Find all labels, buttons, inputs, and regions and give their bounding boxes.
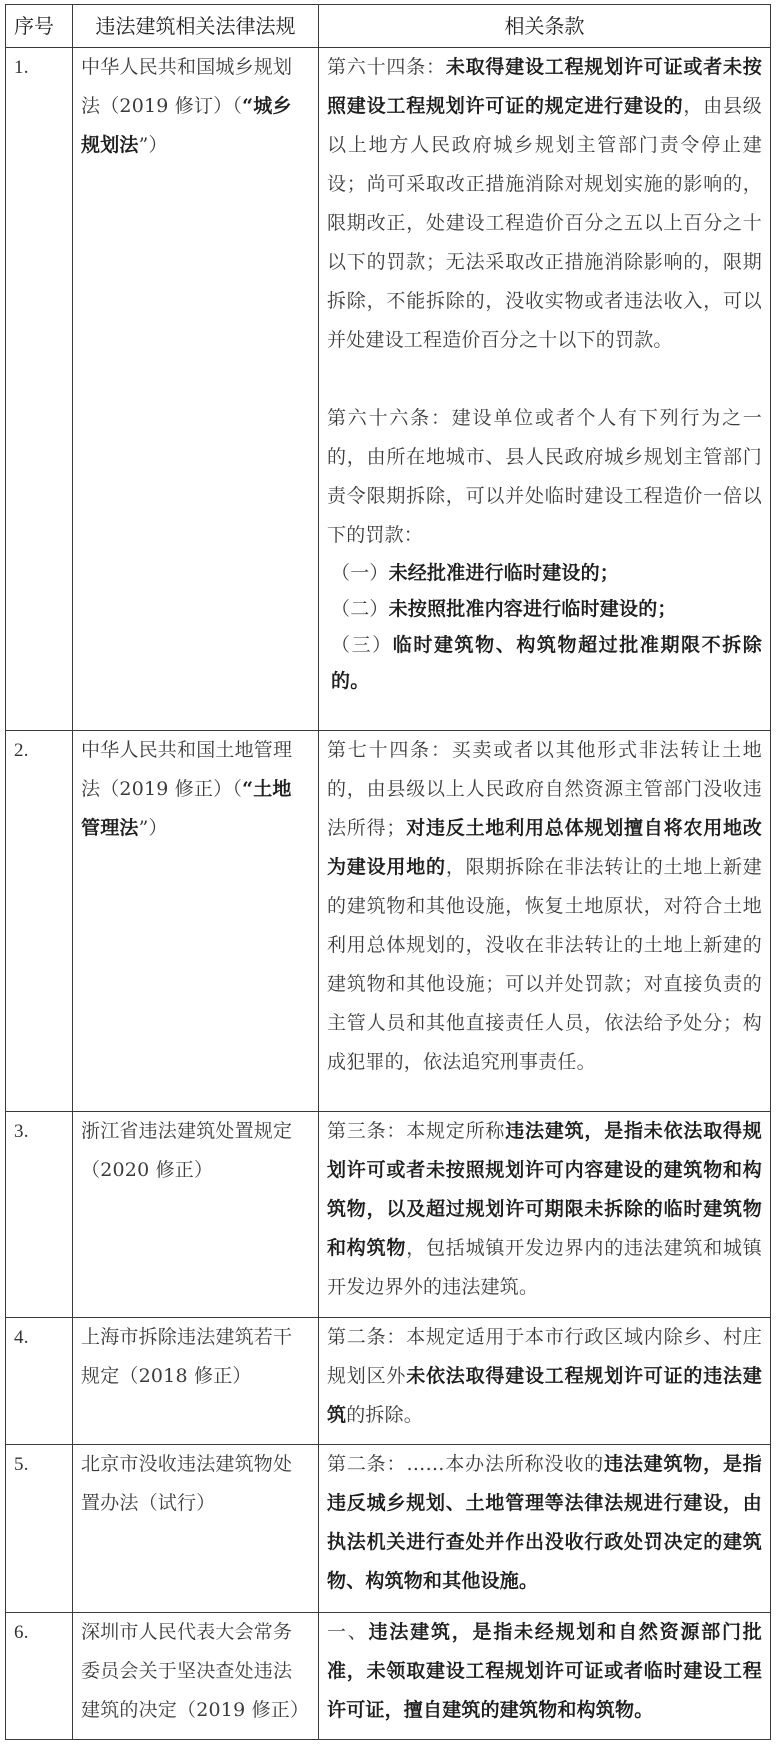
header-law: 违法建筑相关法律法规 [73, 5, 319, 48]
header-clause: 相关条款 [319, 5, 771, 48]
table-row: 5. 北京市没收违法建筑物处置办法（试行） 第二条：……本办法所称没收的违法建筑… [6, 1445, 771, 1613]
header-serial-number: 序号 [6, 5, 73, 48]
law-name-text: ”） [139, 817, 168, 839]
clause-cell: 第三条：本规定所称违法建筑，是指未依法取得规划许可或者未按照规划许可内容建设的建… [319, 1112, 771, 1318]
serial-number-cell: 5. [6, 1445, 73, 1613]
clause-paragraph: 第二条：本规定适用于本市行政区域内除乡、村庄规划区外未依法取得建设工程规划许可证… [327, 1318, 762, 1435]
clause-paragraph: 第三条：本规定所称违法建筑，是指未依法取得规划许可或者未按照规划许可内容建设的建… [327, 1112, 762, 1307]
sub-item-text: 未经批准进行临时建设的； [389, 562, 619, 584]
law-name-cell: 浙江省违法建筑处置规定（2020 修正） [73, 1112, 319, 1318]
table-row: 3. 浙江省违法建筑处置规定（2020 修正） 第三条：本规定所称违法建筑，是指… [6, 1112, 771, 1318]
clause-text: ，限期拆除在非法转让的土地上新建的建筑物和其他设施，恢复土地原状，对符合土地利用… [327, 856, 762, 1073]
clause-sub-item: （一）未经批准进行临时建设的； [327, 555, 762, 591]
clause-text: 一、 [327, 1621, 369, 1643]
table-row: 4. 上海市拆除违法建筑若干规定（2018 修正） 第二条：本规定适用于本市行政… [6, 1318, 771, 1445]
law-name-cell: 中华人民共和国城乡规划法（2019 修订）（“城乡规划法”） [73, 48, 319, 731]
sub-item-text: 临时建筑物、构筑物超过批准期限不拆除的。 [331, 634, 762, 692]
law-table: 序号 违法建筑相关法律法规 相关条款 1. 中华人民共和国城乡规划法（2019 … [5, 4, 771, 1740]
clause-text: 的拆除。 [346, 1404, 423, 1426]
serial-number-cell: 3. [6, 1112, 73, 1318]
clause-paragraph: 第七十四条：买卖或者以其他形式非法转让土地的，由县级以上人民政府自然资源主管部门… [327, 731, 762, 1082]
serial-number-cell: 2. [6, 731, 73, 1112]
serial-number-cell: 4. [6, 1318, 73, 1445]
law-name-text: 浙江省违法建筑处置规定（2020 修正） [81, 1120, 292, 1181]
law-name-cell: 上海市拆除违法建筑若干规定（2018 修正） [73, 1318, 319, 1445]
clause-text: 第二条：……本办法所称没收的 [327, 1453, 604, 1475]
serial-number-cell: 1. [6, 48, 73, 731]
clause-bold-text: 违法建筑，是指未经规划和自然资源部门批准，未领取建设工程规划许可证或者临时建设工… [327, 1621, 762, 1721]
law-name-text: ”） [139, 134, 168, 156]
clause-cell: 第二条：……本办法所称没收的违法建筑物，是指违反城乡规划、土地管理等法律法规进行… [319, 1445, 771, 1613]
table-row: 1. 中华人民共和国城乡规划法（2019 修订）（“城乡规划法”） 第六十四条：… [6, 48, 771, 731]
sub-item-prefix: （一） [331, 562, 389, 584]
clause-text: 第三条：本规定所称 [327, 1120, 505, 1142]
clause-sub-item: （二）未按照批准内容进行临时建设的； [327, 591, 762, 627]
law-name-cell: 深圳市人民代表大会常务委员会关于坚决查处违法建筑的决定（2019 修正） [73, 1613, 319, 1740]
sub-item-prefix: （二） [331, 598, 389, 620]
sub-item-prefix: （三） [331, 634, 393, 656]
clause-text: ，由县级以上地方人民政府城乡规划主管部门责令停止建设；尚可采取改正措施消除对规划… [327, 95, 762, 351]
law-name-cell: 中华人民共和国土地管理法（2019 修正）（“土地管理法”） [73, 731, 319, 1112]
clause-cell: 第二条：本规定适用于本市行政区域内除乡、村庄规划区外未依法取得建设工程规划许可证… [319, 1318, 771, 1445]
clause-paragraph: 一、违法建筑，是指未经规划和自然资源部门批准，未领取建设工程规划许可证或者临时建… [327, 1613, 762, 1730]
law-name-text: 深圳市人民代表大会常务委员会关于坚决查处违法建筑的决定（2019 修正） [81, 1621, 309, 1721]
clause-paragraph: 第二条：……本办法所称没收的违法建筑物，是指违反城乡规划、土地管理等法律法规进行… [327, 1445, 762, 1601]
clause-cell: 一、违法建筑，是指未经规划和自然资源部门批准，未领取建设工程规划许可证或者临时建… [319, 1613, 771, 1740]
clause-paragraph: 第六十四条：未取得建设工程规划许可证或者未按照建设工程规划许可证的规定进行建设的… [327, 48, 762, 360]
law-name-text: 上海市拆除违法建筑若干规定（2018 修正） [81, 1326, 292, 1387]
clause-sub-item: （三）临时建筑物、构筑物超过批准期限不拆除的。 [327, 627, 762, 699]
table-row: 2. 中华人民共和国土地管理法（2019 修正）（“土地管理法”） 第七十四条：… [6, 731, 771, 1112]
clause-cell: 第六十四条：未取得建设工程规划许可证或者未按照建设工程规划许可证的规定进行建设的… [319, 48, 771, 731]
clause-cell: 第七十四条：买卖或者以其他形式非法转让土地的，由县级以上人民政府自然资源主管部门… [319, 731, 771, 1112]
sub-item-text: 未按照批准内容进行临时建设的； [389, 598, 677, 620]
clause-text: 第六十六条：建设单位或者个人有下列行为之一的，由所在地城市、县人民政府城乡规划主… [327, 407, 762, 546]
table-header-row: 序号 违法建筑相关法律法规 相关条款 [6, 5, 771, 48]
clause-text: 第六十四条： [327, 56, 446, 78]
clause-paragraph: 第六十六条：建设单位或者个人有下列行为之一的，由所在地城市、县人民政府城乡规划主… [327, 399, 762, 555]
serial-number-cell: 6. [6, 1613, 73, 1740]
law-name-cell: 北京市没收违法建筑物处置办法（试行） [73, 1445, 319, 1613]
table-row: 6. 深圳市人民代表大会常务委员会关于坚决查处违法建筑的决定（2019 修正） … [6, 1613, 771, 1740]
table-body: 1. 中华人民共和国城乡规划法（2019 修订）（“城乡规划法”） 第六十四条：… [6, 48, 771, 1740]
law-name-text: 北京市没收违法建筑物处置办法（试行） [81, 1453, 292, 1514]
paragraph-spacer [327, 360, 762, 399]
